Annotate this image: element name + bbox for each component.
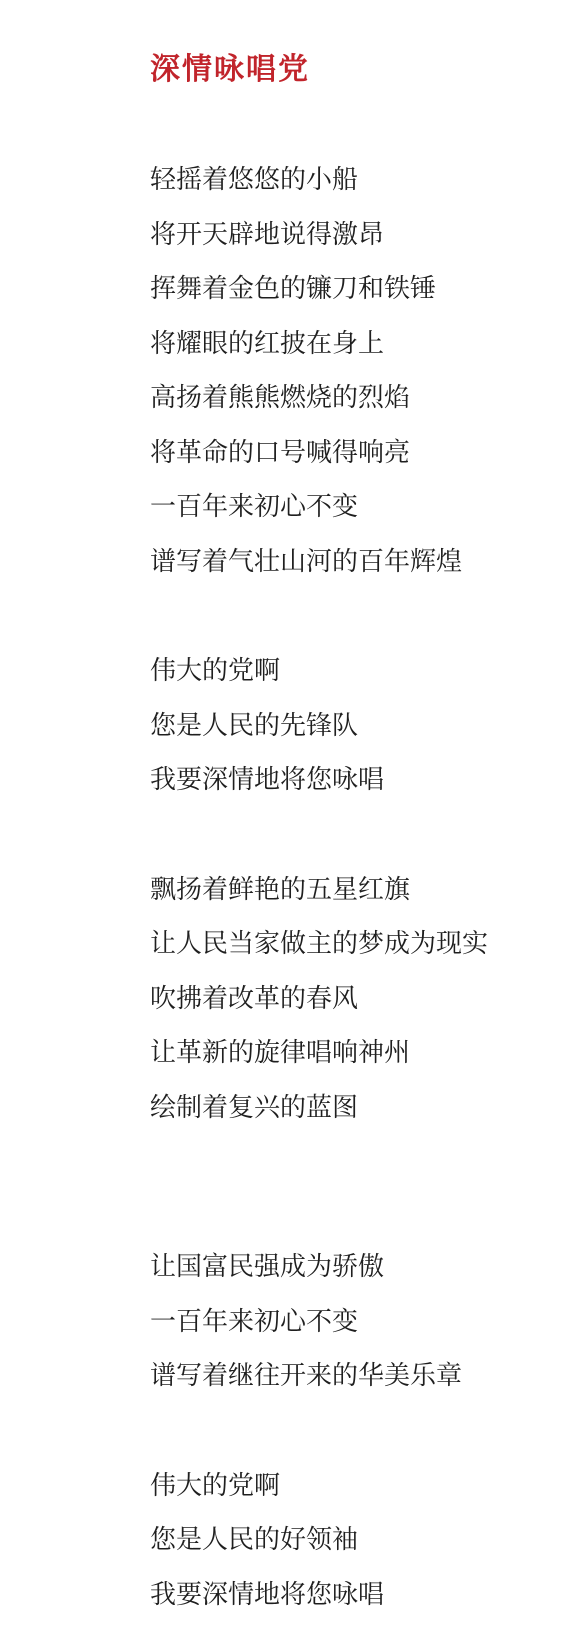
poem-line: 伟大的党啊 [150,644,557,699]
poem-line: 将开天辟地说得激昂 [150,208,557,263]
poem-line: 挥舞着金色的镰刀和铁锤 [150,262,557,317]
poem-line: 吹拂着改革的春风 [150,972,557,1027]
poem-line: 谱写着气壮山河的百年辉煌 [150,535,557,590]
poem-stanza-2: 伟大的党啊 您是人民的先锋队 我要深情地将您咏唱 [150,644,557,808]
poem-line: 谱写着继往开来的华美乐章 [150,1349,557,1404]
poem-title: 深情咏唱党 [150,48,557,92]
poem-line: 绘制着复兴的蓝图 [150,1081,557,1136]
poem-line: 轻摇着悠悠的小船 [150,153,557,208]
poem-stanza-3: 飘扬着鲜艳的五星红旗 让人民当家做主的梦成为现实 吹拂着改革的春风 让革新的旋律… [150,863,557,1136]
poem-line: 让革新的旋律唱响神州 [150,1026,557,1081]
poem-line: 飘扬着鲜艳的五星红旗 [150,863,557,918]
poem-line: 高扬着熊熊燃烧的烈焰 [150,371,557,426]
poem-line: 将革命的口号喊得响亮 [150,426,557,481]
document-page: 深情咏唱党 轻摇着悠悠的小船 将开天辟地说得激昂 挥舞着金色的镰刀和铁锤 将耀眼… [0,0,567,1650]
poem-stanza-1: 轻摇着悠悠的小船 将开天辟地说得激昂 挥舞着金色的镰刀和铁锤 将耀眼的红披在身上… [150,153,557,589]
poem-line: 让国富民强成为骄傲 [150,1240,557,1295]
poem-line: 让人民当家做主的梦成为现实 [150,917,557,972]
poem-line: 我要深情地将您咏唱 [150,753,557,808]
poem-line: 您是人民的好领袖 [150,1513,557,1568]
poem-line: 伟大的党啊 [150,1459,557,1514]
poem-line: 一百年来初心不变 [150,1295,557,1350]
poem-line: 您是人民的先锋队 [150,699,557,754]
poem-stanza-5: 伟大的党啊 您是人民的好领袖 我要深情地将您咏唱 [150,1459,557,1623]
poem-line: 我要深情地将您咏唱 [150,1568,557,1623]
poem-line: 将耀眼的红披在身上 [150,317,557,372]
poem-body: 轻摇着悠悠的小船 将开天辟地说得激昂 挥舞着金色的镰刀和铁锤 将耀眼的红披在身上… [150,153,557,1622]
poem-line: 一百年来初心不变 [150,480,557,535]
poem-stanza-4: 让国富民强成为骄傲 一百年来初心不变 谱写着继往开来的华美乐章 [150,1240,557,1404]
